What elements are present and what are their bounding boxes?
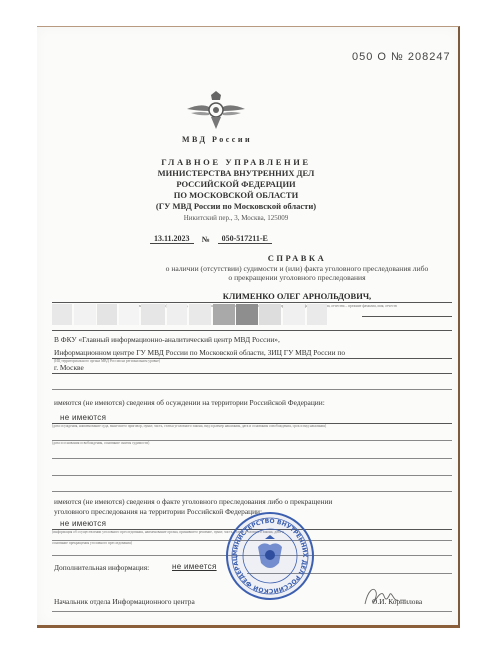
org-line: ГЛАВНОЕ УПРАВЛЕНИЕ [127, 157, 345, 168]
signatory-position: Начальник отдела Информационного центра [54, 597, 195, 606]
document-subtitle: о наличии (отсутствии) судимости и (или)… [137, 265, 457, 282]
organization-header: ГЛАВНОЕ УПРАВЛЕНИЕ МИНИСТЕРСТВА ВНУТРЕНН… [127, 157, 345, 212]
additional-info-value: не имеется [172, 562, 217, 571]
org-line: МИНИСТЕРСТВА ВНУТРЕННИХ ДЕЛ [127, 168, 345, 179]
agency-short-name: МВД России [167, 135, 267, 144]
prosecution-caption-2: основание прекращения уголовного преслед… [52, 541, 252, 545]
handwritten-signature-icon [360, 582, 410, 612]
conviction-value: не имеются [60, 413, 106, 422]
conviction-line-5 [52, 491, 452, 492]
subtitle-line: о прекращении уголовного преследования [137, 274, 457, 283]
prosecution-value: не имеются [60, 519, 106, 528]
certificate-page: 050 О № 208247 МВД России ГЛАВНОЕ УПРАВЛ… [37, 26, 460, 628]
conviction-caption-2: (дата и основания освобождения, основани… [52, 441, 252, 445]
org-line: ПО МОСКОВСКОЙ ОБЛАСТИ [127, 190, 345, 201]
source-underline-3 [52, 389, 452, 390]
name-underline [52, 302, 452, 303]
organization-address: Никитский пер., 3, Москва, 125009 [127, 214, 345, 222]
document-title: СПРАВКА [127, 253, 467, 263]
separator-line [52, 330, 452, 331]
source-line-2: Информационном центре ГУ МВД России по М… [54, 348, 345, 357]
conviction-line-3 [52, 458, 452, 459]
date-number-line: 13.11.2023 № 050-517211-Е [150, 234, 272, 244]
conviction-label: имеются (не имеются) сведения об осужден… [54, 398, 325, 407]
source-underline-2 [52, 373, 452, 374]
org-line: РОССИЙСКОЙ ФЕДЕРАЦИИ [127, 179, 345, 190]
source-line-3: г. Москве [54, 363, 84, 372]
official-seal-icon: МИНИСТЕРСТВО ВНУТРЕННИХ ДЕЛ РОССИЙСКОЙ Ф… [225, 511, 315, 601]
redacted-line [362, 316, 452, 317]
prosecution-label-1: имеются (не имеются) сведения о факте уг… [54, 497, 332, 506]
org-line: (ГУ МВД России по Московской области) [127, 201, 345, 212]
additional-info-label: Дополнительная информация: [54, 563, 149, 572]
conviction-caption-1: (дата осуждения, наименование суда, выне… [52, 424, 452, 428]
issue-date: 13.11.2023 [150, 234, 194, 244]
form-serial-number: 050 О № 208247 [352, 51, 451, 63]
person-name: КЛИМЕНКО ОЛЕГ АРНОЛЬДОВИЧ, [127, 291, 467, 301]
source-caption: (ИЦ территориального органа МВД России н… [54, 359, 254, 363]
source-line-1: В ФКУ «Главный информационно-аналитическ… [54, 335, 280, 344]
document-number: 050-517211-Е [218, 234, 272, 244]
number-sign: № [202, 235, 210, 244]
mvd-emblem-icon [185, 89, 247, 131]
conviction-line-4 [52, 475, 452, 476]
